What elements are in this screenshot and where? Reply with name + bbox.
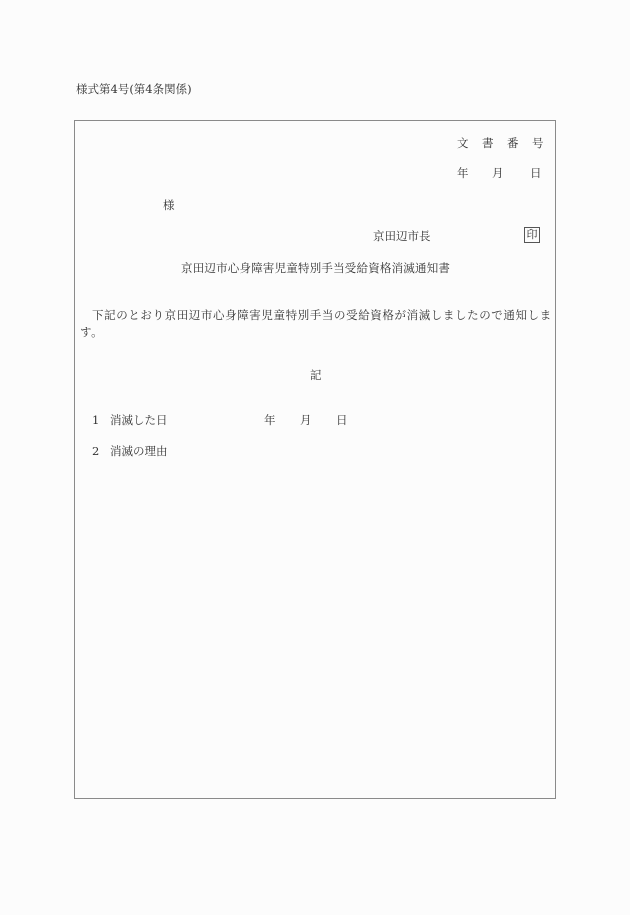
- item-extinction-date: 1消滅した日: [92, 415, 168, 427]
- date-day: 日: [530, 168, 542, 180]
- item-number: 1: [92, 415, 110, 427]
- doc-number-char: 号: [532, 138, 557, 150]
- date-day: 日: [336, 413, 348, 427]
- issuer-name: 京田辺市長: [373, 231, 431, 243]
- form-label: 様式第4号(第4条関係): [76, 84, 192, 96]
- ki-heading: 記: [310, 370, 322, 382]
- item-label: 消滅した日: [110, 413, 168, 427]
- date-month: 月: [300, 415, 336, 427]
- doc-number-char: 番: [507, 138, 532, 150]
- body-paragraph: 下記のとおり京田辺市心身障害児童特別手当の受給資格が消滅しましたので通知します。: [80, 307, 552, 341]
- item-number: 2: [92, 446, 110, 458]
- document-frame: [74, 120, 556, 799]
- date-month: 月: [492, 168, 530, 180]
- date-year: 年: [264, 415, 300, 427]
- date-year: 年: [457, 168, 492, 180]
- issue-date: 年月日: [457, 168, 542, 180]
- item-label: 消滅の理由: [110, 444, 168, 458]
- item-extinction-reason: 2消滅の理由: [92, 446, 168, 458]
- doc-number-char: 書: [482, 138, 507, 150]
- seal-icon: 印: [524, 227, 540, 243]
- addressee-suffix: 様: [163, 200, 175, 212]
- extinction-date-field: 年月日: [264, 415, 348, 427]
- doc-number-char: 文: [457, 138, 482, 150]
- document-title: 京田辺市心身障害児童特別手当受給資格消滅通知書: [181, 263, 450, 275]
- document-number-label: 文書番号: [457, 138, 557, 150]
